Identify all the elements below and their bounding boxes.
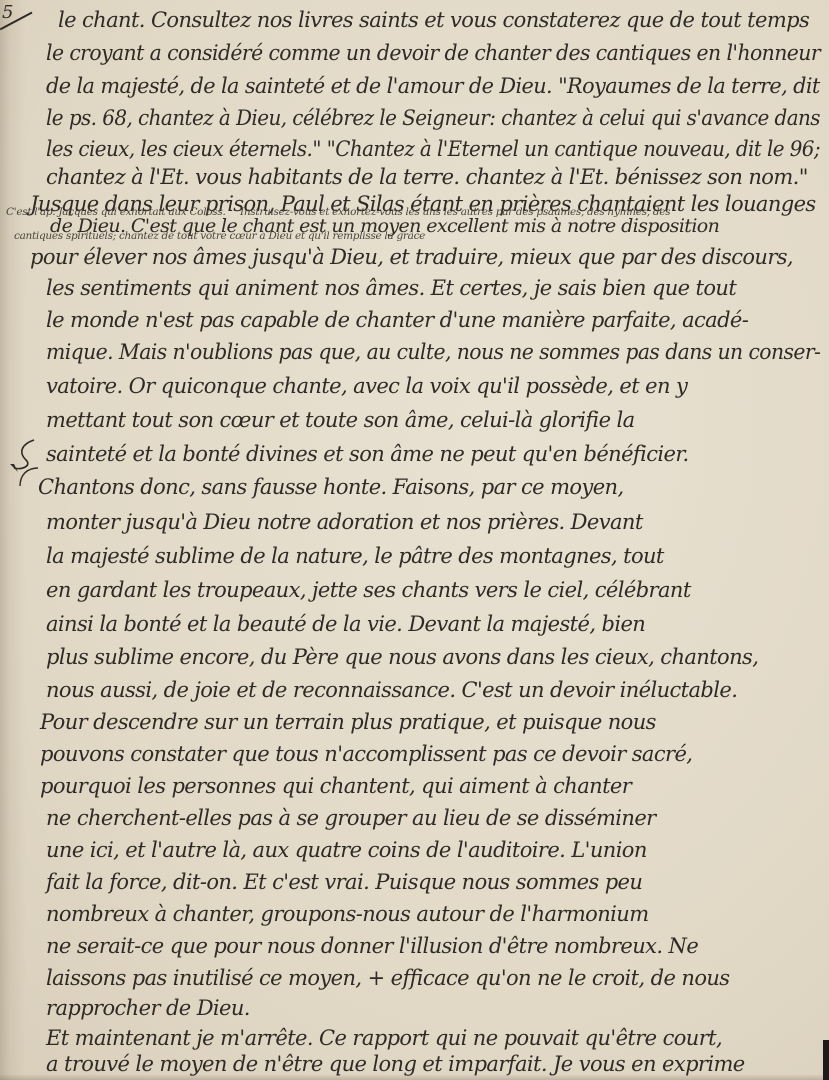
text-line-4: le ps. 68, chantez à Dieu, célébrez le S…	[46, 106, 820, 130]
text-line-17: monter jusqu'à Dieu notre adoration et n…	[46, 510, 643, 534]
text-line-20: ainsi la bonté et la beauté de la vie. D…	[46, 612, 645, 636]
text-line-15: sainteté et la bonté divines et son âme …	[46, 442, 689, 466]
interlinear-annotation-2: cantiques spirituels; chantez de tout vo…	[14, 230, 425, 242]
text-line-10: les sentiments qui animent nos âmes. Et …	[46, 276, 736, 300]
text-line-21: plus sublime encore, du Père que nous av…	[46, 645, 758, 669]
text-line-18: la majesté sublime de la nature, le pâtr…	[46, 544, 664, 568]
text-line-11: le monde n'est pas capable de chanter d'…	[46, 308, 748, 332]
text-line-29: nombreux à chanter, groupons-nous autour…	[46, 902, 649, 926]
text-line-3: de la majesté, de la sainteté et de l'am…	[46, 74, 820, 98]
text-line-14: mettant tout son cœur et toute son âme, …	[46, 408, 635, 432]
text-line-2: le croyant a considéré comme un devoir d…	[46, 41, 820, 65]
text-line-28: fait la force, dit-on. Et c'est vrai. Pu…	[46, 870, 642, 894]
text-line-9: pour élever nos âmes jusqu'à Dieu, et tr…	[30, 245, 793, 269]
text-line-12: mique. Mais n'oublions pas que, au culte…	[46, 340, 820, 364]
text-line-33: Et maintenant je m'arrête. Ce rapport qu…	[46, 1026, 722, 1050]
text-line-32: rapprocher de Dieu.	[46, 996, 250, 1020]
text-line-19: en gardant les troupeaux, jette ses chan…	[46, 578, 691, 602]
text-line-26: ne cherchent-elles pas à se grouper au l…	[46, 806, 656, 830]
text-line-16: Chantons donc, sans fausse honte. Faison…	[38, 475, 624, 499]
page-bottom-edge	[0, 1074, 829, 1080]
text-line-6: chantez à l'Et. vous habitants de la ter…	[46, 165, 808, 189]
text-line-30: ne serait-ce que pour nous donner l'illu…	[46, 934, 698, 958]
text-line-34: a trouvé le moyen de n'être que long et …	[46, 1052, 745, 1076]
text-line-5: les cieux, les cieux éternels." "Chantez…	[46, 137, 820, 161]
text-line-24: pouvons constater que tous n'accomplisse…	[40, 742, 692, 766]
text-line-25: pourquoi les personnes qui chantent, qui…	[40, 774, 631, 798]
text-line-23: Pour descendre sur un terrain plus prati…	[40, 710, 656, 734]
scan-corner-shadow	[823, 1040, 829, 1080]
text-line-1: le chant. Consultez nos livres saints et…	[58, 8, 809, 32]
text-line-13: vatoire. Or quiconque chante, avec la vo…	[46, 374, 687, 398]
text-line-22: nous aussi, de joie et de reconnaissance…	[46, 678, 737, 702]
page-number: 5	[2, 2, 13, 23]
text-line-31: laissons pas inutilisé ce moyen, + effic…	[46, 966, 729, 990]
text-line-27: une ici, et l'autre là, aux quatre coins…	[46, 838, 647, 862]
